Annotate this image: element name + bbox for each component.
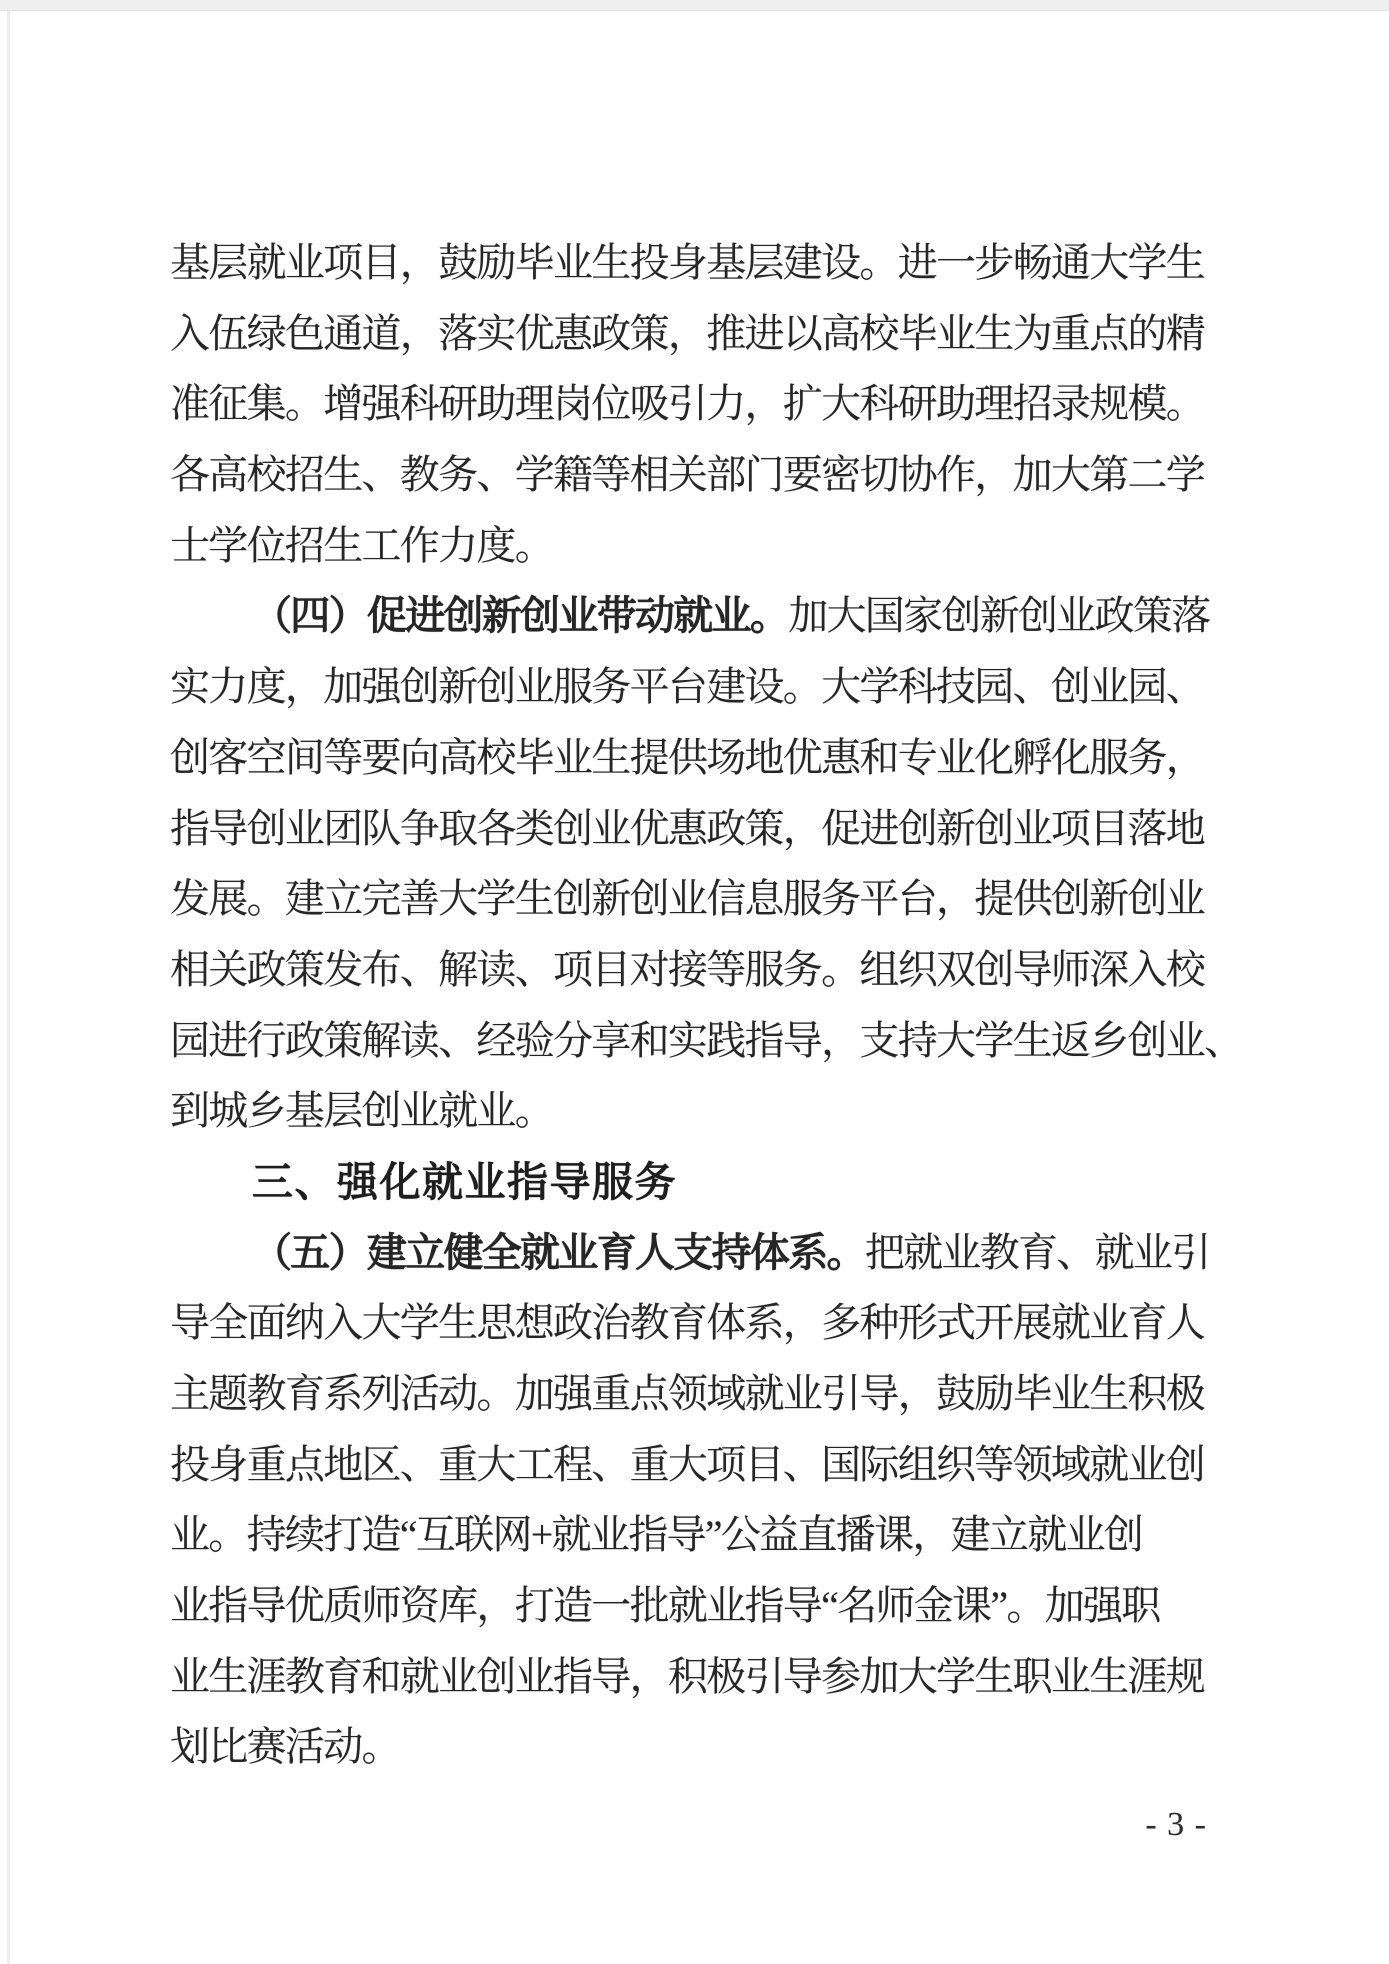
text-line: 划比赛活动。: [170, 1712, 1230, 1783]
text-run: 主题教育系列活动。加强重点领域就业引导，鼓励毕业生积极: [170, 1371, 1204, 1416]
text-run: 创客空间等要向高校毕业生提供场地优惠和专业化孵化服务，: [170, 735, 1204, 780]
document-body: 基层就业项目，鼓励毕业生投身基层建设。进一步畅通大学生入伍绿色通道，落实优惠政策…: [170, 228, 1230, 1783]
text-line: 相关政策发布、解读、项目对接等服务。组织双创导师深入校: [170, 935, 1230, 1006]
text-line: 到城乡基层创业就业。: [170, 1076, 1230, 1147]
text-line: 导全面纳入大学生思想政治教育体系，多种形式开展就业育人: [170, 1288, 1230, 1359]
text-line: 实力度，加强创新创业服务平台建设。大学科技园、创业园、: [170, 652, 1230, 723]
text-run: 指导创业团队争取各类创业优惠政策，促进创新创业项目落地: [170, 806, 1204, 851]
text-run: 把就业教育、就业引: [865, 1230, 1210, 1275]
document-page: 基层就业项目，鼓励毕业生投身基层建设。进一步畅通大学生入伍绿色通道，落实优惠政策…: [0, 0, 1389, 1964]
text-run: 相关政策发布、解读、项目对接等服务。组织双创导师深入校: [170, 947, 1204, 992]
text-line: （五）建立健全就业育人支持体系。把就业教育、就业引: [170, 1218, 1230, 1289]
text-run-bold: （四）促进创新创业带动就业。: [252, 593, 788, 638]
text-run: 到城乡基层创业就业。: [170, 1088, 553, 1133]
text-run: 实力度，加强创新创业服务平台建设。大学科技园、创业园、: [170, 664, 1204, 709]
scan-edge-left: [7, 11, 10, 1964]
text-line: 投身重点地区、重大工程、重大项目、国际组织等领域就业创: [170, 1430, 1230, 1501]
text-line: 士学位招生工作力度。: [170, 511, 1230, 582]
text-line: 业生涯教育和就业创业指导，积极引导参加大学生职业生涯规: [170, 1642, 1230, 1713]
text-run: 划比赛活动。: [170, 1724, 400, 1769]
text-run: 投身重点地区、重大工程、重大项目、国际组织等领域就业创: [170, 1442, 1204, 1487]
text-line: 各高校招生、教务、学籍等相关部门要密切协作，加大第二学: [170, 440, 1230, 511]
text-run: 业生涯教育和就业创业指导，积极引导参加大学生职业生涯规: [170, 1654, 1204, 1699]
text-run: 业。持续打造“互联网+就业指导”公益直播课，建立就业创: [170, 1512, 1142, 1557]
text-line: 创客空间等要向高校毕业生提供场地优惠和专业化孵化服务，: [170, 723, 1230, 794]
text-line: 准征集。增强科研助理岗位吸引力，扩大科研助理招录规模。: [170, 369, 1230, 440]
text-line: 主题教育系列活动。加强重点领域就业引导，鼓励毕业生积极: [170, 1359, 1230, 1430]
text-line: 发展。建立完善大学生创新创业信息服务平台，提供创新创业: [170, 864, 1230, 935]
text-line: （四）促进创新创业带动就业。加大国家创新创业政策落: [170, 581, 1230, 652]
text-line: 基层就业项目，鼓励毕业生投身基层建设。进一步畅通大学生: [170, 228, 1230, 299]
text-run: 各高校招生、教务、学籍等相关部门要密切协作，加大第二学: [170, 452, 1204, 497]
text-run: 士学位招生工作力度。: [170, 523, 553, 568]
text-line: 园进行政策解读、经验分享和实践指导，支持大学生返乡创业、: [170, 1006, 1230, 1077]
text-run: 导全面纳入大学生思想政治教育体系，多种形式开展就业育人: [170, 1300, 1204, 1345]
text-run: 加大国家创新创业政策落: [788, 593, 1209, 638]
text-run: 入伍绿色通道，落实优惠政策，推进以高校毕业生为重点的精: [170, 311, 1204, 356]
text-run: 准征集。增强科研助理岗位吸引力，扩大科研助理招录规模。: [170, 381, 1204, 426]
text-run: 基层就业项目，鼓励毕业生投身基层建设。进一步畅通大学生: [170, 240, 1204, 285]
text-run-bold: 三、强化就业指导服务: [252, 1159, 677, 1205]
text-run: 发展。建立完善大学生创新创业信息服务平台，提供创新创业: [170, 876, 1204, 921]
text-line: 指导创业团队争取各类创业优惠政策，促进创新创业项目落地: [170, 794, 1230, 865]
text-run: 园进行政策解读、经验分享和实践指导，支持大学生返乡创业、: [170, 1018, 1242, 1063]
text-run-bold: （五）建立健全就业育人支持体系。: [252, 1230, 865, 1275]
text-line: 业指导优质师资库，打造一批就业指导“名师金课”。加强职: [170, 1571, 1230, 1642]
scan-edge-top: [0, 0, 1389, 11]
text-line: 入伍绿色通道，落实优惠政策，推进以高校毕业生为重点的精: [170, 299, 1230, 370]
text-run: 业指导优质师资库，打造一批就业指导“名师金课”。加强职: [170, 1583, 1160, 1628]
page-number: - 3 -: [170, 1802, 1207, 1848]
text-line: 业。持续打造“互联网+就业指导”公益直播课，建立就业创: [170, 1500, 1230, 1571]
section-heading: 三、强化就业指导服务: [170, 1147, 1230, 1218]
